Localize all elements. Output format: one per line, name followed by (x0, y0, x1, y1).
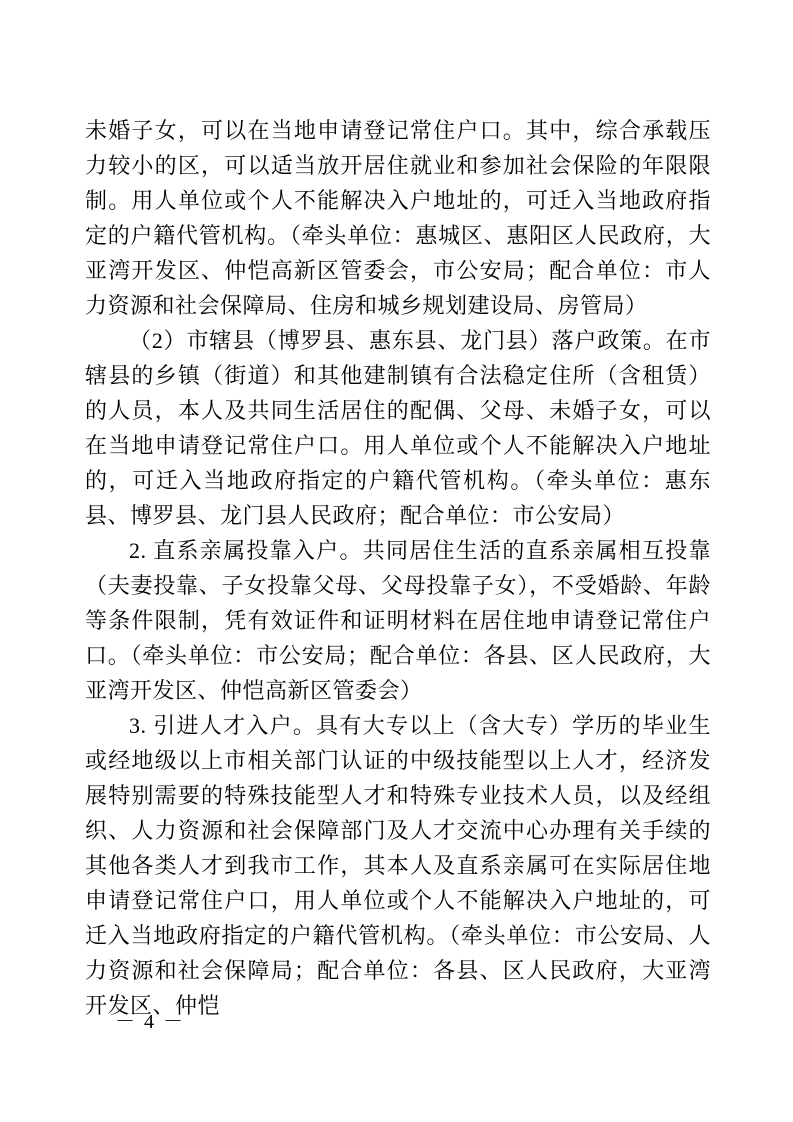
paragraph-item-relative-dependents: 2. 直系亲属投靠入户。共同居住生活的直系亲属相互投靠（夫妻投靠、子女投靠父母、… (85, 533, 711, 708)
paragraph-continuation: 未婚子女，可以在当地申请登记常住户口。其中，综合承载压力较小的区，可以适当放开居… (85, 113, 711, 323)
document-body: 未婚子女，可以在当地申请登记常住户口。其中，综合承载压力较小的区，可以适当放开居… (85, 113, 711, 1023)
page-number: － 4 － (115, 1010, 185, 1034)
document-page: 未婚子女，可以在当地申请登记常住户口。其中，综合承载压力较小的区，可以适当放开居… (0, 0, 793, 1122)
paragraph-item-2-county-policy: （2）市辖县（博罗县、惠东县、龙门县）落户政策。在市辖县的乡镇（街道）和其他建制… (85, 323, 711, 533)
paragraph-item-talent-introduction: 3. 引进人才入户。具有大专以上（含大专）学历的毕业生或经地级以上市相关部门认证… (85, 708, 711, 1023)
